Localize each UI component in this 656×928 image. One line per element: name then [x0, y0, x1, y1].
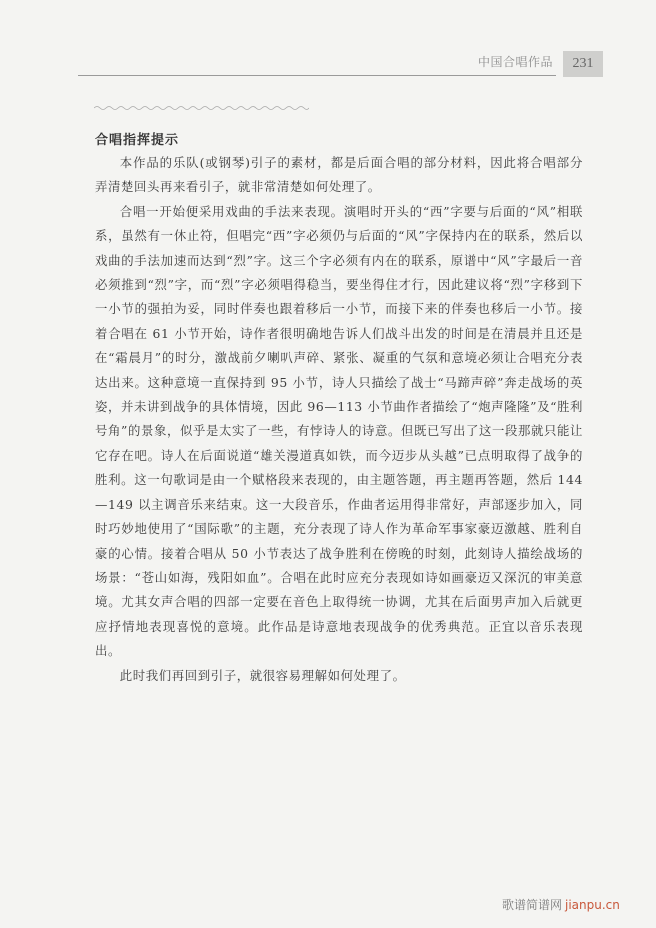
watermark-domain: jianpu.cn: [565, 898, 620, 912]
section-heading: 合唱指挥提示: [95, 129, 179, 148]
header-rule: [78, 75, 556, 76]
footer-watermark: 歌谱简谱网jianpu.cn: [502, 896, 620, 913]
paragraph: 本作品的乐队(或钢琴)引子的素材，都是后面合唱的部分材料，因此将合唱部分弄清楚回…: [95, 151, 583, 200]
wave-divider-ornament: [94, 105, 309, 111]
watermark-text: 歌谱简谱网: [502, 898, 562, 912]
paragraph: 合唱一开始便采用戏曲的手法来表现。演唱时开头的“西”字要与后面的“风”相联系，虽…: [95, 200, 583, 664]
page-number-badge: 231: [563, 51, 603, 77]
running-header-title: 中国合唱作品: [478, 53, 553, 70]
paragraph: 此时我们再回到引子，就很容易理解如何处理了。: [95, 664, 583, 688]
body-text: 本作品的乐队(或钢琴)引子的素材，都是后面合唱的部分材料，因此将合唱部分弄清楚回…: [95, 151, 583, 688]
